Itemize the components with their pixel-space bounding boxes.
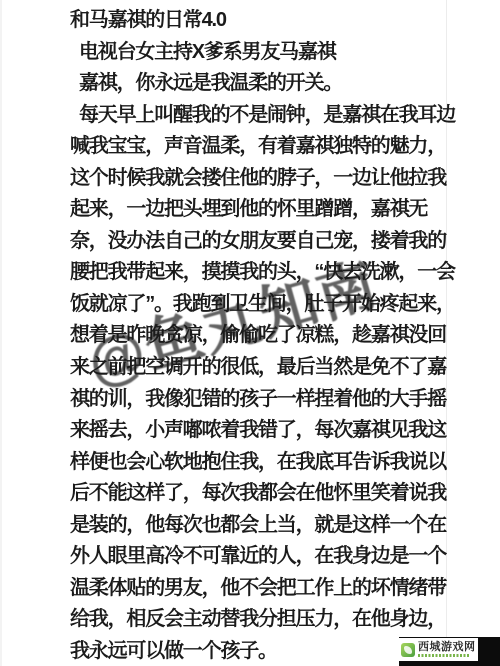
article-page: @鱼丸知南 和马嘉祺的日常4.0电视台女主持X爹系男友马嘉祺嘉祺，你永远是我温柔…: [0, 0, 500, 666]
site-logo-texts: 西城游戏网: [418, 642, 476, 657]
article-text: 和马嘉祺的日常4.0电视台女主持X爹系男友马嘉祺嘉祺，你永远是我温柔的开关。每天…: [0, 0, 500, 666]
text-line: 饭就凉了”。我跑到卫生间，肚子开始疼起来，: [70, 289, 500, 321]
site-name: 西城游戏网: [418, 642, 476, 653]
text-line: 是装的，他每次也都会上当，就是这样一个在: [70, 510, 500, 542]
text-line: 想着是昨晚贪凉，偷偷吃了凉糕，趁嘉祺没回: [70, 320, 500, 352]
text-line: 这个时候我就会搂住他的脖子，一边让他拉我: [70, 163, 500, 195]
text-line: 喊我宝宝，声音温柔，有着嘉祺独特的魅力，: [70, 131, 500, 163]
text-line: 温柔体贴的男友，他不会把工作上的坏情绪带: [70, 573, 500, 605]
text-line: 奈，没办法自己的女朋友要自己宠，搂着我的: [70, 226, 500, 258]
text-line: 嘉祺，你永远是我温柔的开关。: [70, 68, 500, 100]
text-line: 给我，相反会主动替我分担压力，在他身边，: [70, 604, 500, 636]
site-logo-corner: 西城游戏网: [399, 637, 500, 666]
text-line: 后不能这样了，每次我都会在他怀里笑着说我: [70, 478, 500, 510]
text-line: 电视台女主持X爹系男友马嘉祺: [70, 37, 500, 69]
text-line: 来之前把空调开的很低，最后当然是免不了嘉: [70, 352, 500, 384]
text-line: 腰把我带起来，摸摸我的头，“快去洗漱，一会: [70, 257, 500, 289]
logo-tagline-placeholder: [418, 654, 470, 657]
site-logo-badge: 西城游戏网: [399, 638, 478, 661]
text-line: 祺的训，我像犯错的孩子一样捏着他的大手摇: [70, 384, 500, 416]
text-line: 样便也会心软地抱住我，在我底耳告诉我说以: [70, 447, 500, 479]
text-line: 来摇去，小声嘟哝着我错了，每次嘉祺见我这: [70, 415, 500, 447]
text-line: 起来，一边把头埋到他的怀里蹭蹭，嘉祺无: [70, 194, 500, 226]
green-gem-icon: [401, 643, 415, 657]
page-title: 和马嘉祺的日常4.0: [70, 5, 500, 37]
text-line: 外人眼里高冷不可靠近的人，在我身边是一个: [70, 541, 500, 573]
text-line: 每天早上叫醒我的不是闹钟，是嘉祺在我耳边: [70, 100, 500, 132]
